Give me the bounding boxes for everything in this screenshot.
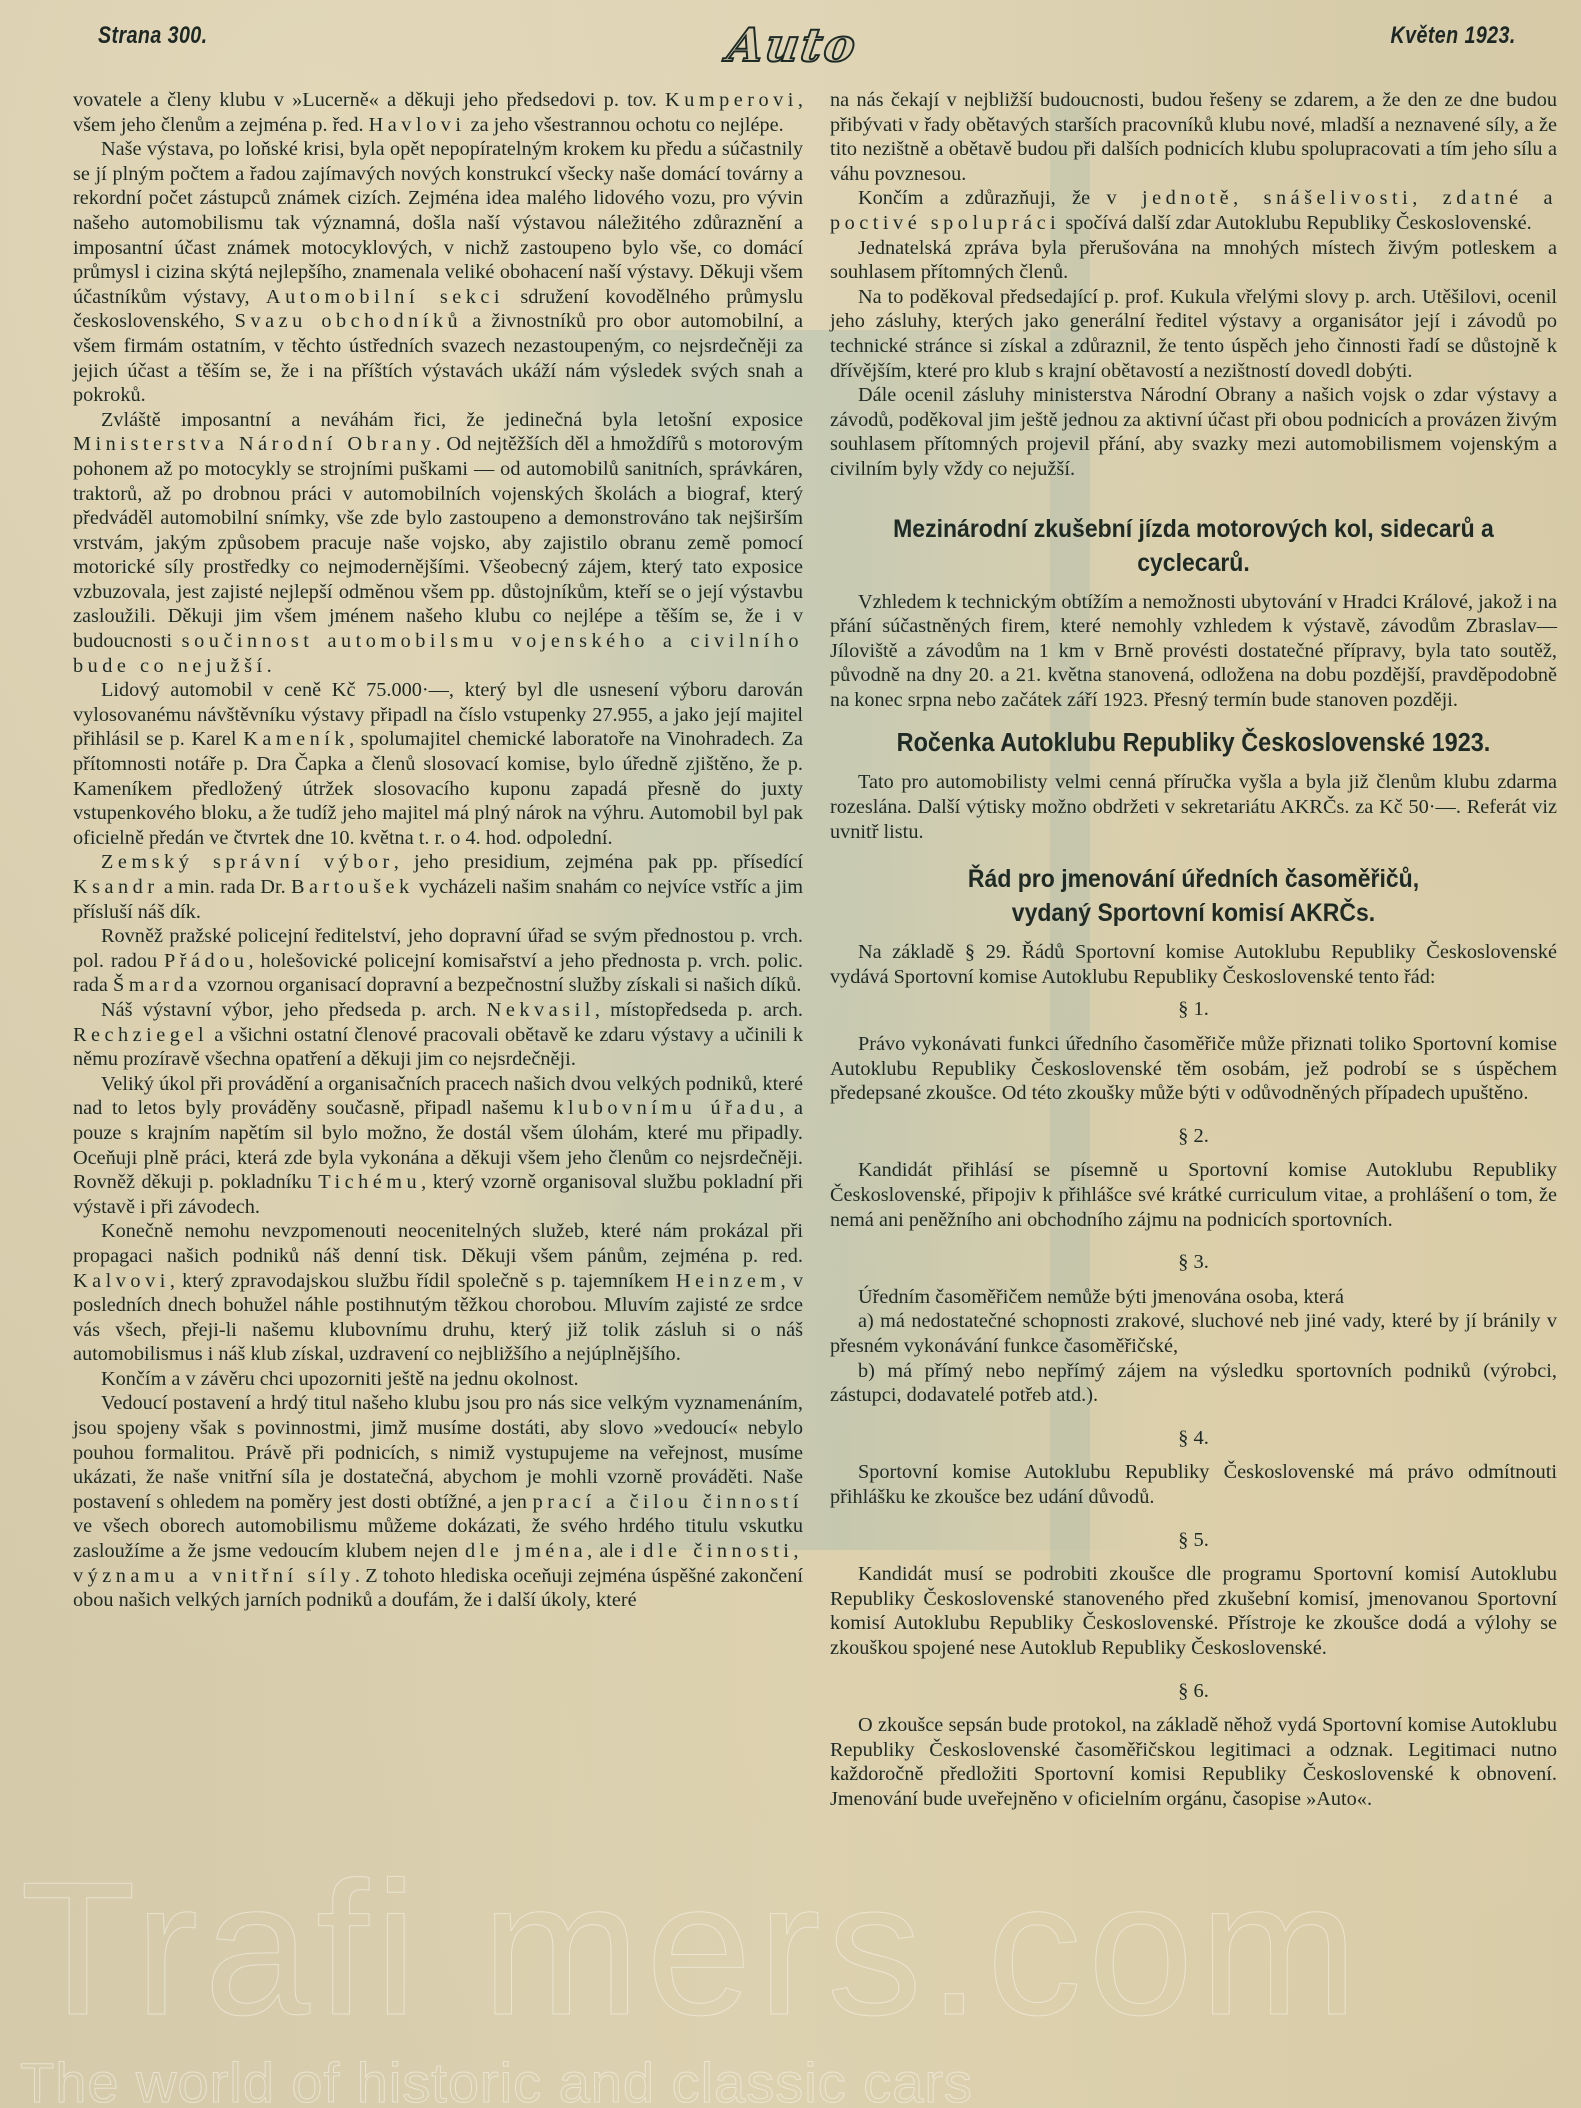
emphasized-name: Kalvovi bbox=[73, 1270, 170, 1292]
paragraph: Zvláště imposantní a neváhám řici, že je… bbox=[73, 408, 803, 679]
rule-text: Kandidát přihlásí se písemně u Sportovní… bbox=[830, 1158, 1557, 1232]
rule-text: Sportovní komise Autoklubu Republiky Čes… bbox=[830, 1460, 1557, 1509]
emphasized-name: Heinzem bbox=[676, 1270, 781, 1292]
emphasized-phrase: klubovnímu úřadu bbox=[553, 1097, 779, 1119]
watermark-logo: Trafi mers.com bbox=[20, 1840, 1364, 2058]
page-header: Strana 300. Auto Květen 1923. bbox=[0, 0, 1581, 85]
emphasized-name: Přádou bbox=[164, 950, 248, 972]
emphasized-phrase: součinnost automobilsmu vojenského a civ… bbox=[73, 630, 803, 677]
emphasized-name: Ministerstva Národní Obrany bbox=[73, 433, 435, 455]
rule-text: Úředním časoměřičem nemůže býti jmenován… bbox=[830, 1285, 1557, 1310]
section-heading-yearbook: Ročenka Autoklubu Republiky Českoslovens… bbox=[859, 726, 1528, 760]
emphasized-name: Zemský správní výbor bbox=[101, 851, 394, 873]
magazine-masthead-logo: Auto bbox=[724, 18, 861, 72]
paragraph: Na základě § 29. Řádů Sportovní komise A… bbox=[830, 940, 1557, 989]
paragraph: Vedoucí postavení a hrdý titul našeho kl… bbox=[73, 1391, 803, 1612]
paragraph: Končím a zdůrazňuji, že v jednotě, snáše… bbox=[830, 186, 1557, 235]
right-column: na nás čekají v nejbližší budoucnosti, b… bbox=[830, 88, 1557, 1811]
rule-text: O zkoušce sepsán bude protokol, na zákla… bbox=[830, 1713, 1557, 1811]
paragraph: Zemský správní výbor, jeho presidium, ze… bbox=[73, 850, 803, 924]
paragraph: Tato pro automobilisty velmi cenná příru… bbox=[830, 770, 1557, 844]
emphasized-phrase: dle jména bbox=[465, 1540, 587, 1562]
emphasized-name: Kameník bbox=[243, 728, 349, 750]
paragraph: Končím a v závěru chci upozorniti ještě … bbox=[73, 1367, 803, 1392]
paragraph: Rovněž pražské policejní ředitelství, je… bbox=[73, 924, 803, 998]
emphasized-name: Šmarda bbox=[113, 974, 202, 996]
issue-date: Květen 1923. bbox=[1391, 22, 1516, 50]
paragraph: Naše výstava, po loňské krisi, byla opět… bbox=[73, 137, 803, 408]
paragraph: vovatele a členy klubu v »Lucerně« a děk… bbox=[73, 88, 803, 137]
emphasized-name: Kumperovi bbox=[665, 89, 798, 111]
section-sign: § 4. bbox=[830, 1426, 1557, 1451]
paragraph: Konečně nemohu nevzpomenouti neoceniteln… bbox=[73, 1219, 803, 1367]
paragraph: Náš výstavní výbor, jeho předseda p. arc… bbox=[73, 998, 803, 1072]
watermark-tagline: The world of historic and classic cars bbox=[20, 2050, 973, 2108]
paragraph: Na to poděkoval předsedající p. prof. Ku… bbox=[830, 285, 1557, 383]
paragraph: Dále ocenil zásluhy ministerstva Národní… bbox=[830, 383, 1557, 481]
emphasized-name: Tichému bbox=[318, 1171, 421, 1193]
emphasized-name: Svazu obchodníků bbox=[235, 310, 462, 332]
section-sign: § 3. bbox=[830, 1250, 1557, 1275]
section-sign: § 1. bbox=[830, 997, 1557, 1022]
emphasized-name: Rechziegel bbox=[73, 1024, 208, 1046]
rules-list: § 1.Právo vykonávati funkci úředního čas… bbox=[830, 997, 1557, 1811]
emphasized-name: Havlovi bbox=[369, 114, 466, 136]
section-sign: § 6. bbox=[830, 1679, 1557, 1704]
emphasized-name: Ksandr bbox=[73, 876, 159, 898]
section-sign: § 2. bbox=[830, 1124, 1557, 1149]
page-number: Strana 300. bbox=[98, 22, 208, 50]
rule-text: a) má nedostatečné schopnosti zrakové, s… bbox=[830, 1309, 1557, 1358]
section-heading-timekeepers-rules: Řád pro jmenování úředních časoměřičů, v… bbox=[859, 862, 1528, 930]
rule-text: b) má přímý nebo nepřímý zájem na výsled… bbox=[830, 1359, 1557, 1408]
emphasized-name: Nekvasil bbox=[487, 999, 595, 1021]
paragraph: Veliký úkol při provádění a organisačníc… bbox=[73, 1072, 803, 1220]
paragraph: na nás čekají v nejbližší budoucnosti, b… bbox=[830, 88, 1557, 186]
emphasized-name: Automobilní sekci bbox=[266, 286, 504, 308]
rule-text: Kandidát musí se podrobiti zkoušce dle p… bbox=[830, 1562, 1557, 1660]
left-column: vovatele a členy klubu v »Lucerně« a děk… bbox=[73, 88, 803, 1613]
rule-text: Právo vykonávati funkci úředního časoměř… bbox=[830, 1032, 1557, 1106]
paragraph: Jednatelská zpráva byla přerušována na m… bbox=[830, 236, 1557, 285]
emphasized-name: Bartoušek bbox=[291, 876, 414, 898]
paragraph: Vzhledem k technickým obtížím a nemožnos… bbox=[830, 590, 1557, 713]
paragraph: Lidový automobil v ceně Kč 75.000·—, kte… bbox=[73, 678, 803, 850]
section-sign: § 5. bbox=[830, 1528, 1557, 1553]
emphasized-phrase: prací a čilou činností bbox=[533, 1491, 803, 1513]
section-heading-motorcycle-trial: Mezinárodní zkušební jízda motorových ko… bbox=[859, 512, 1528, 580]
